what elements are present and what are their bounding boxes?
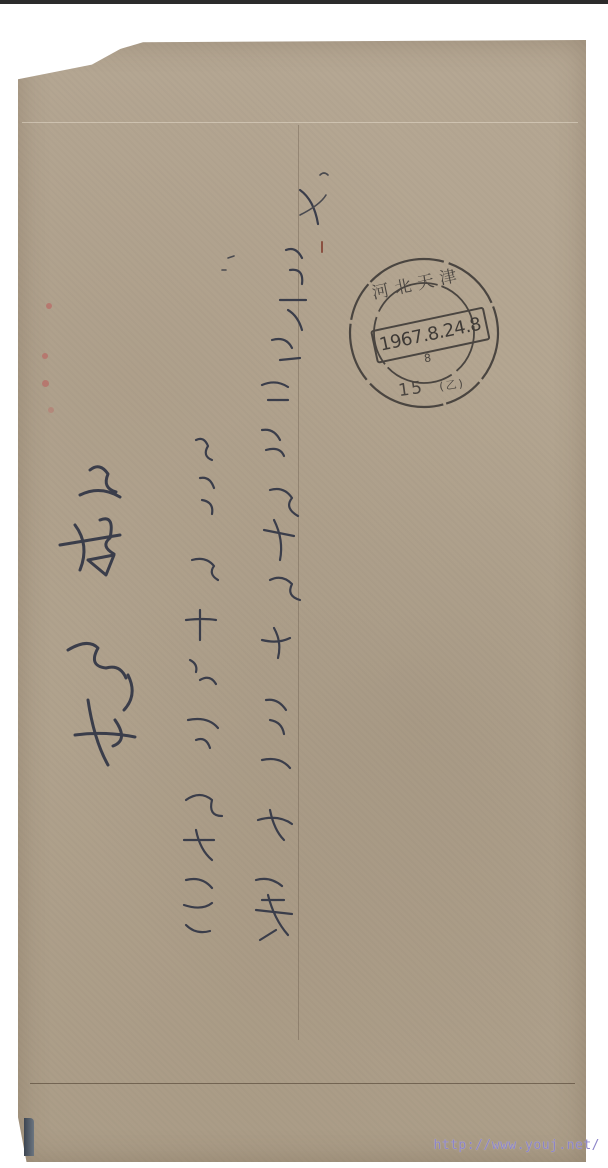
envelope-back xyxy=(18,40,586,1162)
worn-corner-mark xyxy=(24,1118,34,1156)
source-watermark: http://www.youj.net/ xyxy=(433,1138,600,1153)
scan-frame: 河北天津 1967.8.24.8 8 15 (乙) http://www.you… xyxy=(0,0,608,1168)
top-flap-fold-line xyxy=(22,122,578,123)
red-ink-specks xyxy=(38,295,54,415)
postmark-office-suffix: (乙) xyxy=(438,377,465,393)
top-border-rule xyxy=(0,0,608,4)
bottom-flap-fold-line xyxy=(30,1083,575,1084)
postmark-office-code: 15 xyxy=(397,378,425,401)
center-seam-line xyxy=(298,125,299,1040)
postmark-stamp: 河北天津 1967.8.24.8 8 15 (乙) xyxy=(336,245,512,421)
